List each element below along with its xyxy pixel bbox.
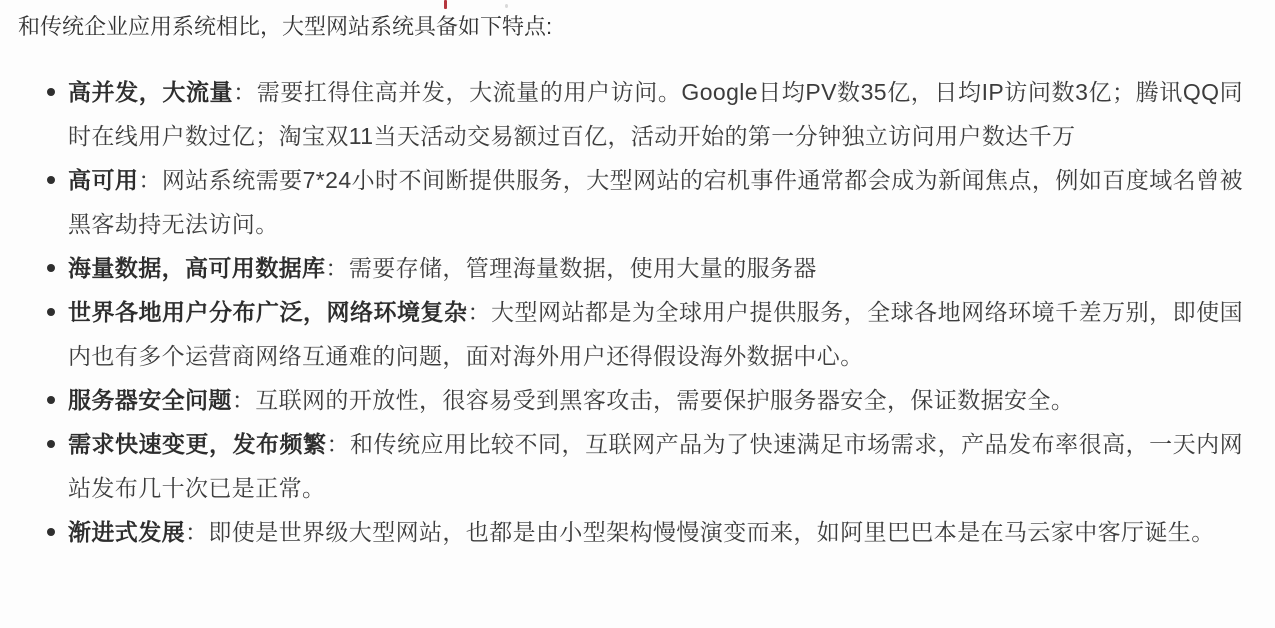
feature-list: 高并发，大流量：需要扛得住高并发，大流量的用户访问。Google日均PV数35亿… — [0, 70, 1275, 554]
bullet-dot — [47, 308, 55, 316]
small-artifact-dot — [505, 4, 508, 8]
bullet-dot — [47, 264, 55, 272]
term-separator: ： — [232, 387, 255, 413]
bullet-term: 高并发，大流量 — [68, 79, 233, 105]
red-cursor-mark — [444, 0, 447, 9]
term-separator: ： — [185, 519, 208, 545]
bullet-dot — [47, 396, 55, 404]
list-item: 高并发，大流量：需要扛得住高并发，大流量的用户访问。Google日均PV数35亿… — [68, 70, 1243, 158]
bullet-dot — [47, 88, 55, 96]
bullet-term: 需求快速变更，发布频繁 — [68, 431, 327, 457]
bullet-description: 即使是世界级大型网站，也都是由小型架构慢慢演变而来，如阿里巴巴本是在马云家中客厅… — [208, 519, 1214, 545]
intro-paragraph: 和传统企业应用系统相比，大型网站系统具备如下特点: — [18, 12, 1245, 42]
bullet-dot — [47, 528, 55, 536]
term-separator: ： — [233, 79, 257, 105]
list-item: 渐进式发展：即使是世界级大型网站，也都是由小型架构慢慢演变而来，如阿里巴巴本是在… — [68, 510, 1243, 554]
bullet-description: 需要存储，管理海量数据，使用大量的服务器 — [349, 255, 817, 281]
list-item: 需求快速变更，发布频繁：和传统应用比较不同，互联网产品为了快速满足市场需求，产品… — [68, 422, 1243, 510]
term-separator: ： — [468, 299, 492, 325]
bullet-description: 互联网的开放性，很容易受到黑客攻击，需要保护服务器安全，保证数据安全。 — [255, 387, 1074, 413]
term-separator: ： — [327, 431, 351, 457]
list-item: 世界各地用户分布广泛，网络环境复杂：大型网站都是为全球用户提供服务，全球各地网络… — [68, 290, 1243, 378]
bullet-term: 高可用 — [68, 167, 138, 193]
term-separator: ： — [138, 167, 161, 193]
bullet-dot — [47, 440, 55, 448]
bullet-dot — [47, 176, 55, 184]
term-separator: ： — [325, 255, 348, 281]
bullet-description: 网站系统需要7*24小时不间断提供服务，大型网站的宕机事件通常都会成为新闻焦点，… — [68, 167, 1243, 237]
bullet-term: 渐进式发展 — [68, 519, 185, 545]
document-page: 和传统企业应用系统相比，大型网站系统具备如下特点: 高并发，大流量：需要扛得住高… — [0, 0, 1275, 628]
list-item: 海量数据，高可用数据库：需要存储，管理海量数据，使用大量的服务器 — [68, 246, 1243, 290]
bullet-term: 海量数据，高可用数据库 — [68, 255, 325, 281]
list-item: 服务器安全问题：互联网的开放性，很容易受到黑客攻击，需要保护服务器安全，保证数据… — [68, 378, 1243, 422]
list-item: 高可用：网站系统需要7*24小时不间断提供服务，大型网站的宕机事件通常都会成为新… — [68, 158, 1243, 246]
bullet-term: 服务器安全问题 — [68, 387, 232, 413]
bullet-term: 世界各地用户分布广泛，网络环境复杂 — [68, 299, 468, 325]
